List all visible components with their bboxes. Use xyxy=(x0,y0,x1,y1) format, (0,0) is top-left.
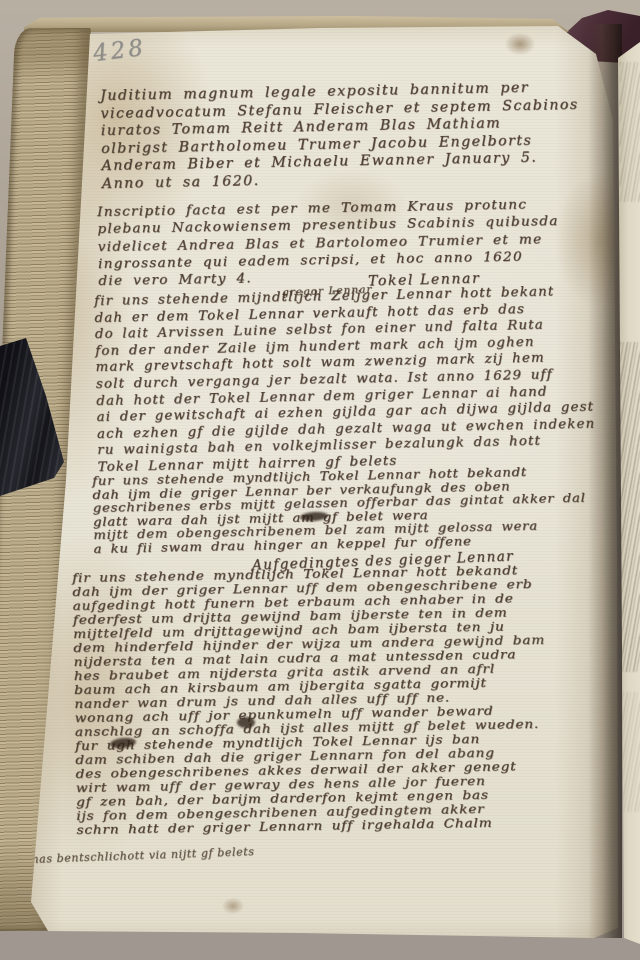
manuscript-page: 428 Juditium magnum legale expositu bann… xyxy=(0,0,640,960)
book-gutter-shadow xyxy=(588,24,622,938)
paragraph-inscriptio: Inscriptio facta est per me Tomam Kraus … xyxy=(97,197,560,292)
facing-page-ink-strokes xyxy=(620,342,640,672)
folio-number-pencil: 428 xyxy=(92,35,148,67)
paragraph-judicium: Juditium magnum legale expositu bannitum… xyxy=(100,79,580,194)
manuscript-photo: 428 Juditium magnum legale expositu bann… xyxy=(0,0,640,960)
paragraph-verkauf: fir uns stehende mijndtlijch Zeijger Len… xyxy=(94,283,596,476)
marginal-note: mas bentschlichott via nijtt gf belets xyxy=(28,845,255,866)
facing-page-ink-strokes xyxy=(620,62,640,202)
paragraph-mitgelassen: fur uns stehende myndtlijch Tokel Lennar… xyxy=(92,464,587,555)
ink-blot xyxy=(237,717,255,728)
paragraph-aufgedingt: fir uns stehende myndtlijch Tokel Lennar… xyxy=(72,563,548,837)
